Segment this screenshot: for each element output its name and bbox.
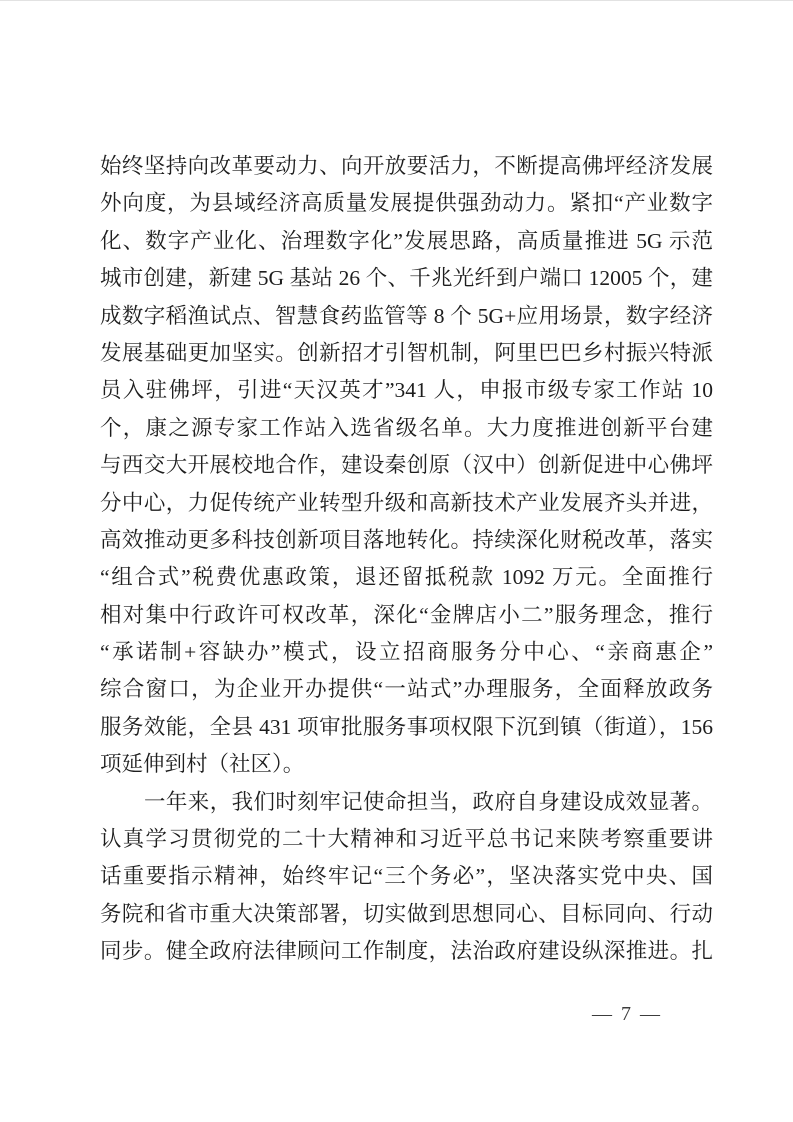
text-line: 相对集中行政许可权改革，深化“金牌店小二”服务理念，推行 — [100, 597, 713, 634]
text-line: “承诺制+容缺办”模式，设立招商服务分中心、“亲商惠企” — [100, 634, 713, 671]
text-block: 始终坚持向改革要动力、向开放要活力，不断提高佛坪经济发展外向度，为县域经济高质量… — [100, 148, 713, 971]
paragraph: 始终坚持向改革要动力、向开放要活力，不断提高佛坪经济发展外向度，为县域经济高质量… — [100, 148, 713, 784]
text-line: 个，康之源专家工作站入选省级名单。大力度推进创新平台建设， — [100, 410, 713, 447]
document-page: 始终坚持向改革要动力、向开放要活力，不断提高佛坪经济发展外向度，为县域经济高质量… — [0, 0, 793, 1122]
text-line: 始终坚持向改革要动力、向开放要活力，不断提高佛坪经济发展 — [100, 148, 713, 185]
paragraph: 一年来，我们时刻牢记使命担当，政府自身建设成效显著。认真学习贯彻党的二十大精神和… — [100, 784, 713, 971]
text-line: 项延伸到村（社区）。 — [100, 746, 713, 783]
text-line: 一年来，我们时刻牢记使命担当，政府自身建设成效显著。 — [100, 784, 713, 821]
text-line: 发展基础更加坚实。创新招才引智机制，阿里巴巴乡村振兴特派 — [100, 335, 713, 372]
text-line: 高效推动更多科技创新项目落地转化。持续深化财税改革，落实 — [100, 522, 713, 559]
text-line: 认真学习贯彻党的二十大精神和习近平总书记来陕考察重要讲 — [100, 821, 713, 858]
text-line: 与西交大开展校地合作，建设秦创原（汉中）创新促进中心佛坪 — [100, 447, 713, 484]
text-line: 分中心，力促传统产业转型升级和高新技术产业发展齐头并进， — [100, 485, 713, 522]
text-line: 话重要指示精神，始终牢记“三个务必”，坚决落实党中央、国 — [100, 858, 713, 895]
text-line: 化、数字产业化、治理数字化”发展思路，高质量推进 5G 示范 — [100, 223, 713, 260]
text-line: 城市创建，新建 5G 基站 26 个、千兆光纤到户端口 12005 个，建 — [100, 260, 713, 297]
text-line: 成数字稻渔试点、智慧食药监管等 8 个 5G+应用场景，数字经济 — [100, 298, 713, 335]
text-line: 同步。健全政府法律顾问工作制度，法治政府建设纵深推进。扎 — [100, 933, 713, 970]
text-line: 员入驻佛坪，引进“天汉英才”341 人，申报市级专家工作站 10 — [100, 372, 713, 409]
page-number: — 7 — — [557, 1001, 697, 1027]
text-line: 务院和省市重大决策部署，切实做到思想同心、目标同向、行动 — [100, 896, 713, 933]
text-line: 外向度，为县域经济高质量发展提供强劲动力。紧扣“产业数字 — [100, 185, 713, 222]
text-line: 服务效能，全县 431 项审批服务事项权限下沉到镇（街道），156 — [100, 709, 713, 746]
text-line: “组合式”税费优惠政策，退还留抵税款 1092 万元。全面推行 — [100, 559, 713, 596]
text-line: 综合窗口，为企业开办提供“一站式”办理服务，全面释放政务 — [100, 671, 713, 708]
